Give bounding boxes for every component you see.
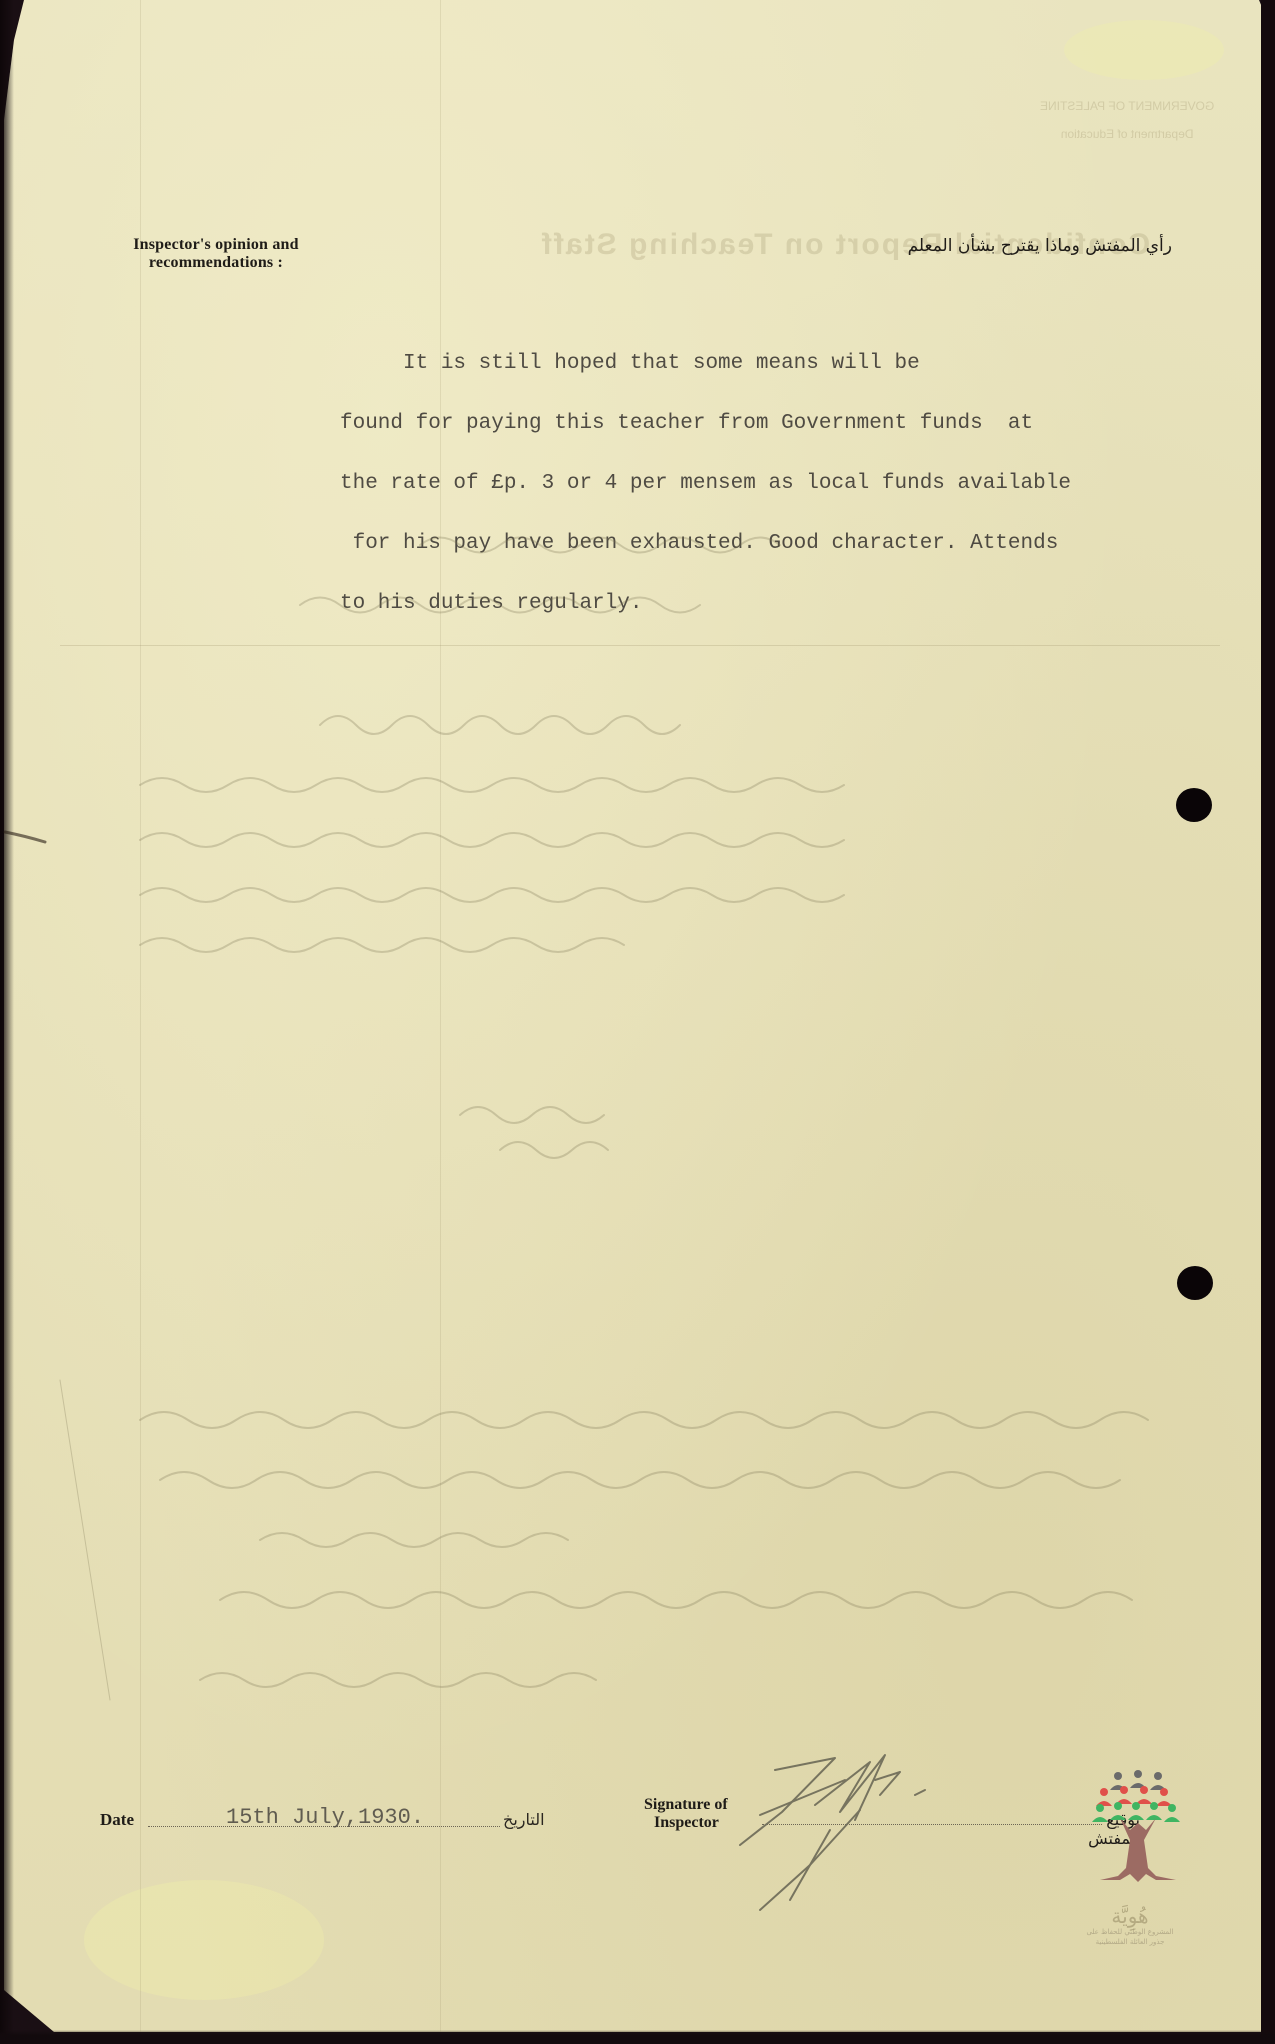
watermark-subtitle: جذور العائلة الفلسطينية (1070, 1937, 1190, 1947)
date-label: Date (100, 1810, 134, 1830)
punch-hole (1177, 1266, 1213, 1300)
inspector-signature (720, 1750, 960, 1920)
bleedthrough-handwriting (0, 0, 1275, 2044)
watermark-subtitle: المشروع الوطني للحفاظ على (1070, 1927, 1190, 1937)
watermark-name: هُوِيَّة (1070, 1905, 1190, 1927)
punch-hole (1176, 788, 1212, 822)
date-label-arabic: التاريخ (503, 1810, 545, 1829)
people-icon-row-top (1110, 1770, 1166, 1790)
tree-trunk-icon (1100, 1818, 1176, 1882)
watermark-caption: هُوِيَّة المشروع الوطني للحفاظ على جذور … (1070, 1905, 1190, 1947)
date-value: 15th July,1930. (226, 1805, 424, 1830)
